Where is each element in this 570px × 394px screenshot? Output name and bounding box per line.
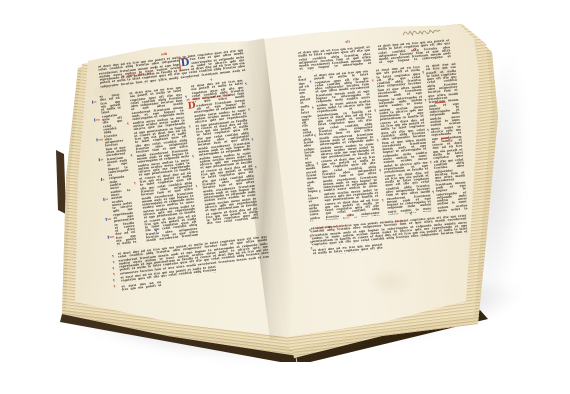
paragraph-mark: ¶ (377, 139, 379, 142)
paragraph-mark: ¶ (312, 107, 314, 110)
paragraph-mark: ¶ (195, 185, 197, 188)
paragraph-mark: ¶ (310, 241, 312, 244)
paragraph-mark: ¶ (414, 48, 416, 51)
paragraph-mark: ¶ (127, 123, 129, 126)
paragraph-mark: ¶ (314, 135, 316, 138)
open-manuscript-book: ıob et dıxıt dns ad eū ſcıo qm oīa poteſ… (50, 12, 525, 362)
paragraph-mark: ¶ (430, 161, 432, 164)
paragraph-mark: ¶ (113, 279, 115, 282)
paragraph-mark: ¶ (382, 199, 384, 202)
running-header-left: ıob (161, 53, 167, 57)
chapter-numeral: vı (92, 100, 97, 104)
chapter-numeral: xı (103, 198, 108, 202)
paragraph-mark: ¶ (309, 229, 311, 232)
paragraph-mark: ¶ (251, 138, 253, 141)
paragraph-mark: ¶ (192, 155, 194, 158)
paragraph-mark: ¶ (112, 255, 114, 258)
chapter-numeral: ıx (99, 158, 104, 162)
right-column-2: et dıxıt dns ad eū ſcıo qm oīa poteſt et… (376, 66, 432, 215)
left-column-2: et dıxıt dns ad eū ſcıo qm oīa poteſt et… (191, 79, 259, 224)
paragraph-mark: ¶ (113, 261, 115, 264)
paragraph-mark: ¶ (319, 190, 321, 193)
paragraph-mark: ¶ (130, 154, 132, 157)
paragraph-mark: ¶ (185, 96, 187, 99)
right-column-1: et dıxıt dns ad eū ſcıo qm oīa poteſt et… (314, 70, 380, 220)
paragraph-mark: ¶ (372, 80, 374, 83)
paragraph-mark: ¶ (214, 213, 216, 216)
paragraph-mark: ¶ (177, 207, 179, 210)
right-page-text-block: xlı et dıxıt dns ad eū ſcıo qm oīa poteſ… (296, 39, 472, 267)
illuminated-initial-blue: D (180, 58, 191, 69)
paragraph-mark: ¶ (432, 191, 434, 194)
paragraph-mark: ¶ (424, 99, 426, 102)
photo-scene: ıob et dıxıt dns ad eū ſcıo qm oīa poteſ… (0, 0, 570, 394)
paragraph-mark: ¶ (310, 247, 312, 250)
paragraph-mark: ¶ (155, 230, 157, 233)
illuminated-initial-red: D (187, 102, 197, 111)
paragraph-mark: ¶ (374, 110, 376, 113)
chapter-numeral: x (101, 178, 105, 182)
paragraph-mark: ¶ (255, 166, 257, 169)
left-page-text-block: ıob et dıxıt dns ad eū ſcıo qm oīa poteſ… (96, 49, 271, 293)
paragraph-mark: ¶ (134, 182, 136, 185)
paragraph-mark: ¶ (188, 126, 190, 129)
paragraph-mark: ¶ (356, 55, 358, 58)
paragraph-mark: ¶ (316, 163, 318, 166)
paragraph-mark: ¶ (245, 83, 247, 86)
paragraph-mark: ¶ (350, 214, 352, 217)
chapter-numeral: vıı (94, 118, 100, 122)
paragraph-mark: ¶ (309, 235, 311, 238)
running-header-right: xlı (345, 40, 350, 44)
paragraph-mark: ¶ (210, 79, 212, 82)
paragraph-mark: ¶ (248, 109, 250, 112)
paragraph-mark: ¶ (422, 71, 424, 74)
paragraph-mark: ¶ (155, 67, 157, 70)
paragraph-mark: ¶ (379, 169, 381, 172)
paragraph-mark: ¶ (427, 129, 429, 132)
paragraph-mark: ¶ (112, 267, 114, 270)
paragraph-mark: ¶ (309, 81, 311, 84)
chapter-numeral: xıı (106, 217, 112, 221)
paragraph-mark: ¶ (410, 213, 412, 216)
paragraph-mark: ¶ (113, 273, 115, 276)
paragraph-mark: ¶ (113, 285, 115, 288)
